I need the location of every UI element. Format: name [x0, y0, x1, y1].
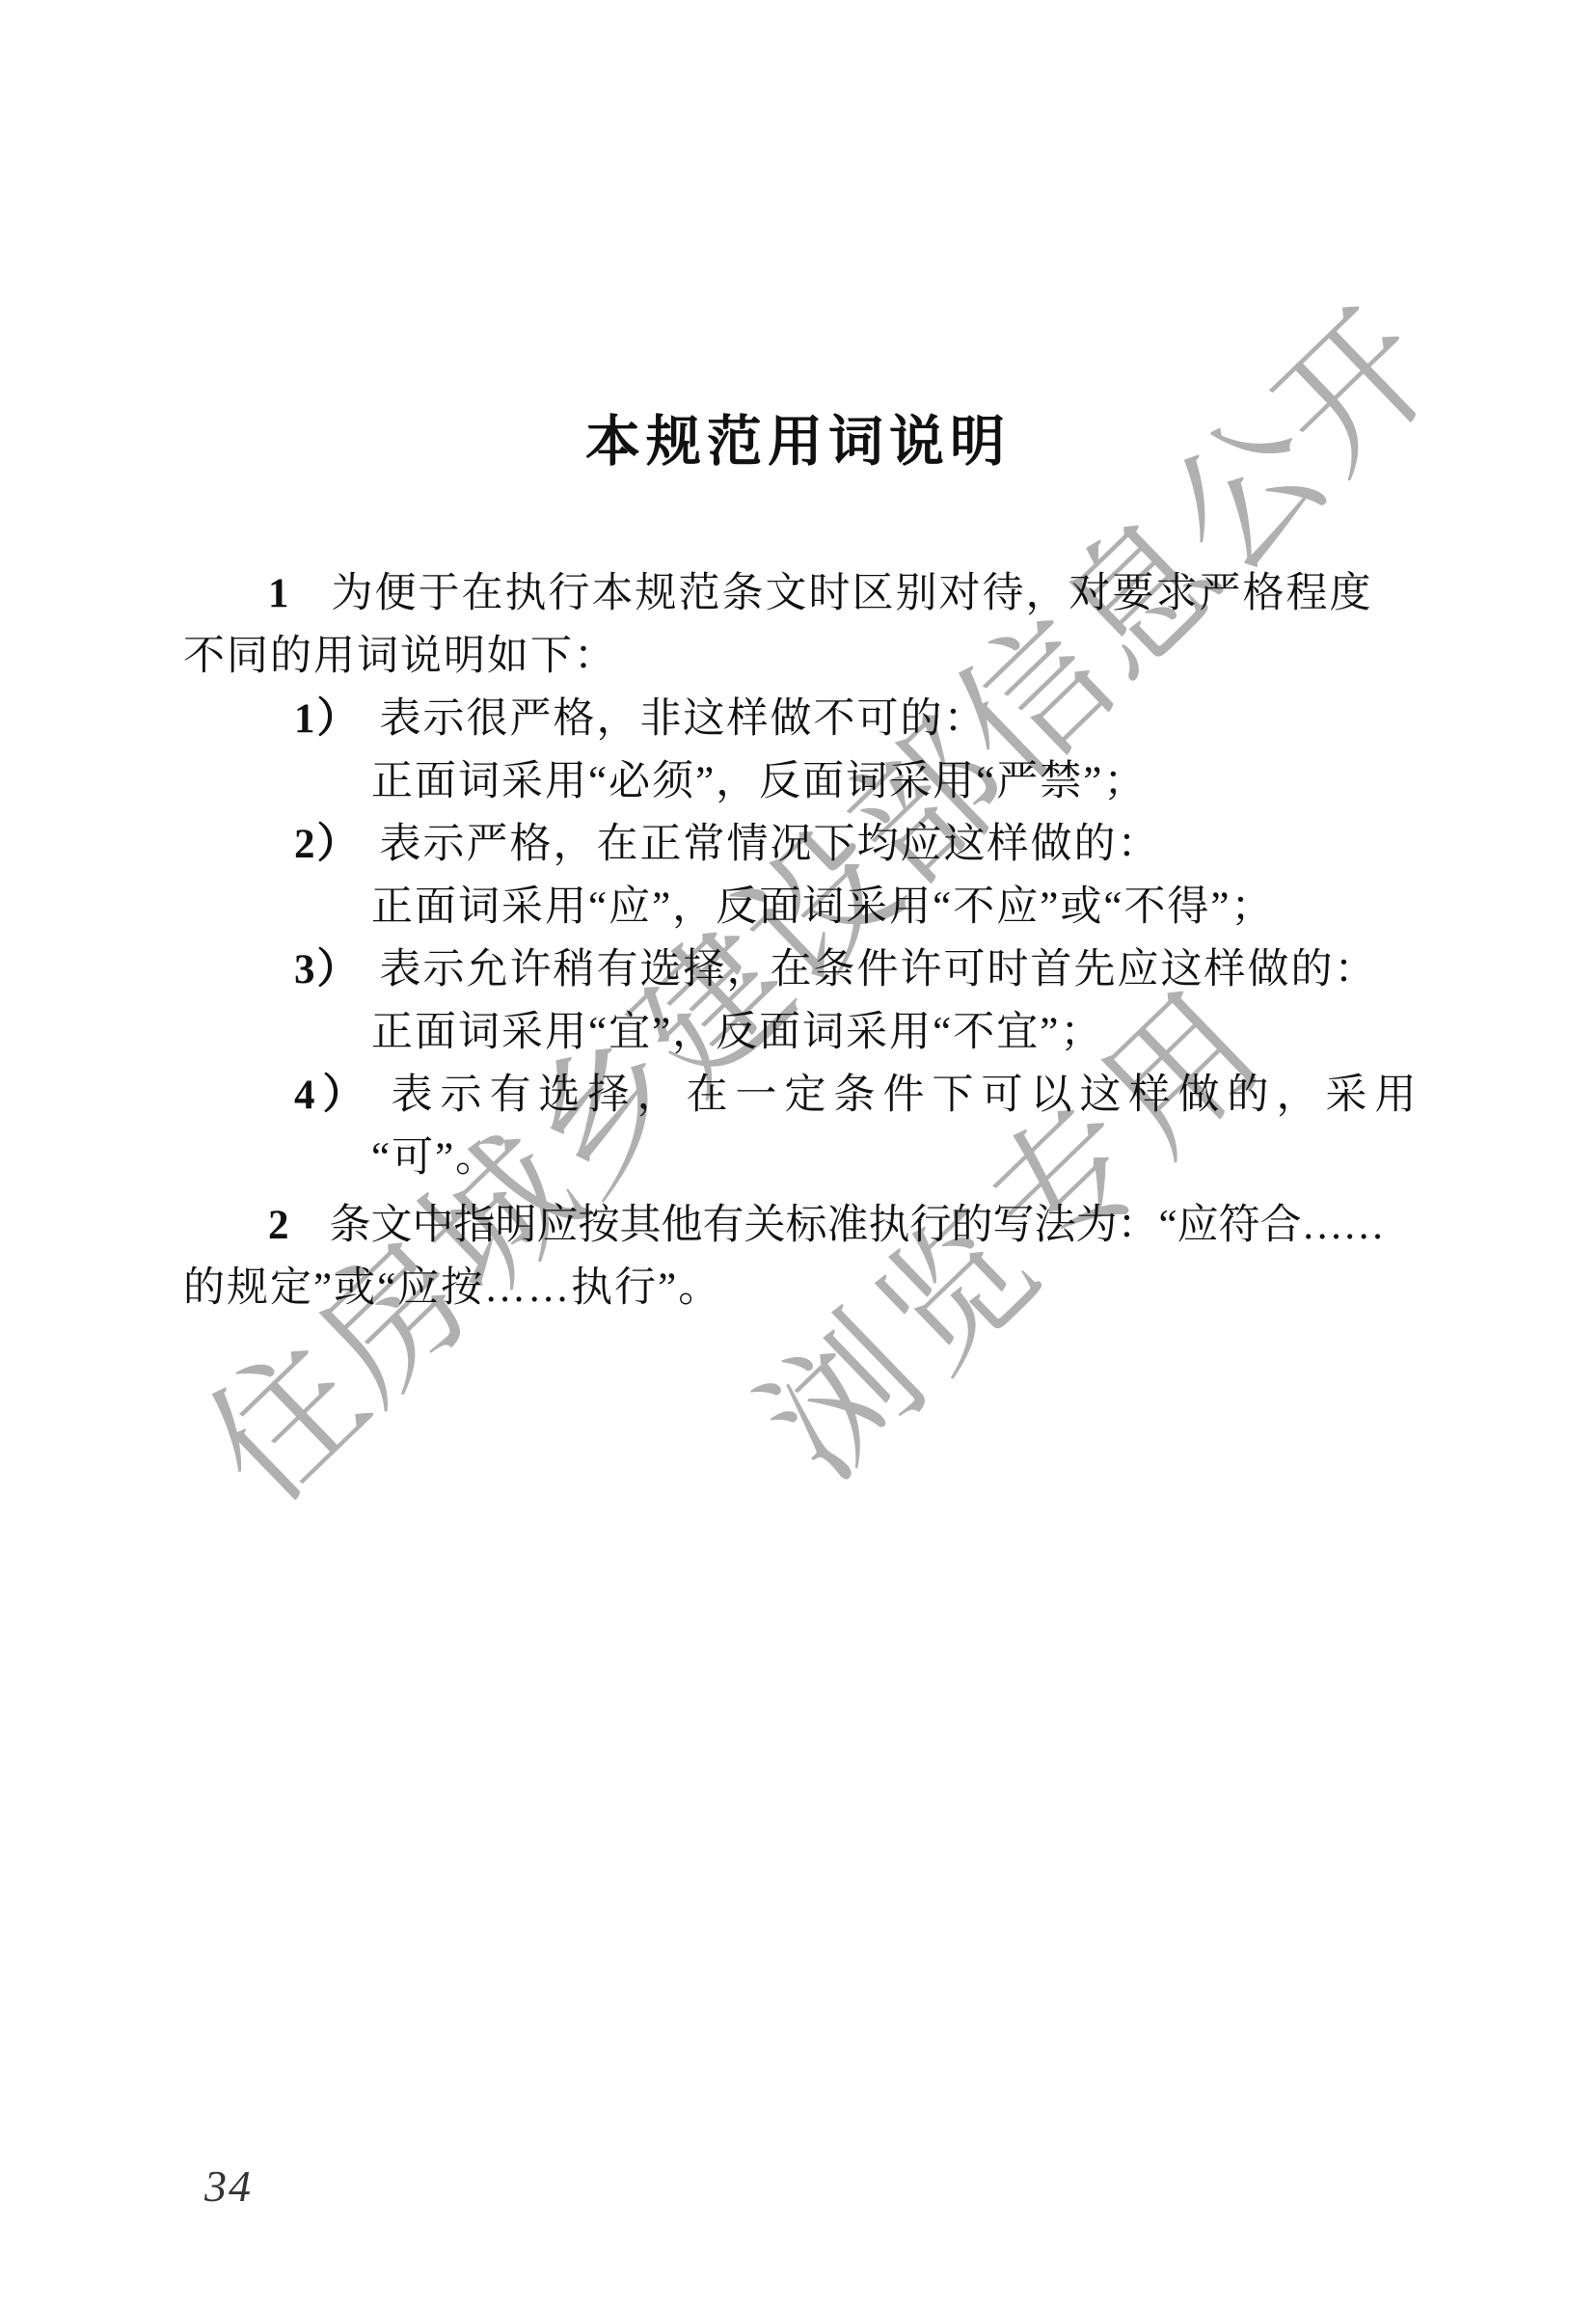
item-number: 4）: [294, 1073, 372, 1118]
text-line: 的规定”或“应按……执行”。: [183, 1257, 1413, 1319]
page-number: 34: [204, 2161, 253, 2212]
line-text: 不同的用词说明如下：: [183, 634, 617, 679]
page-title: 本规范用词说明: [0, 397, 1596, 476]
item-number: 1）: [294, 696, 361, 742]
text-line: 2）表示严格，在正常情况下均应这样做的：: [183, 813, 1413, 876]
line-text: 表示有选择，在一定条件下可以这样做的，采用: [392, 1073, 1424, 1118]
item-number: 2）: [294, 822, 361, 867]
text-line: 3）表示允许稍有选择，在条件许可时首先应这样做的：: [183, 938, 1413, 1001]
line-text: 的规定”或“应按……执行”。: [183, 1265, 721, 1311]
text-line: 1为便于在执行本规范条文时区别对待，对要求严格程度: [183, 562, 1413, 625]
item-number: 1: [268, 571, 291, 616]
text-line: 正面词采用“宜”，反面词采用“不宜”；: [183, 1001, 1413, 1064]
line-text: 正面词采用“必须”，反面词采用“严禁”；: [371, 759, 1147, 804]
text-line: 不同的用词说明如下：: [183, 625, 1413, 688]
item-number: 2: [268, 1203, 289, 1248]
line-text: “可”。: [371, 1135, 499, 1181]
line-text: 为便于在执行本规范条文时区别对待，对要求严格程度: [332, 571, 1373, 616]
line-text: 表示允许稍有选择，在条件许可时首先应这样做的：: [380, 947, 1378, 992]
body-text: 1为便于在执行本规范条文时区别对待，对要求严格程度 不同的用词说明如下： 1）表…: [183, 562, 1413, 1319]
line-text: 表示很严格，非这样做不可的：: [380, 696, 987, 742]
item-number: 3）: [294, 947, 361, 992]
line-text: 正面词采用“应”，反面词采用“不应”或“不得”；: [371, 884, 1275, 930]
line-text: 正面词采用“宜”，反面词采用“不宜”；: [371, 1010, 1103, 1055]
line-text: 条文中指明应按其他有关标准执行的写法为：“应符合……: [330, 1203, 1385, 1248]
line-text: 表示严格，在正常情况下均应这样做的：: [380, 822, 1161, 867]
text-line: “可”。: [183, 1127, 1413, 1189]
text-line: 正面词采用“必须”，反面词采用“严禁”；: [183, 750, 1413, 813]
text-line: 正面词采用“应”，反面词采用“不应”或“不得”；: [183, 876, 1413, 938]
text-line: 1）表示很严格，非这样做不可的：: [183, 688, 1413, 750]
text-line: 2条文中指明应按其他有关标准执行的写法为：“应符合……: [183, 1194, 1413, 1257]
document-page: 住房城乡建设部信息公开 浏览专用 本规范用词说明 1为便于在执行本规范条文时区别…: [0, 0, 1596, 2311]
text-line: 4）表示有选择，在一定条件下可以这样做的，采用: [183, 1064, 1413, 1127]
